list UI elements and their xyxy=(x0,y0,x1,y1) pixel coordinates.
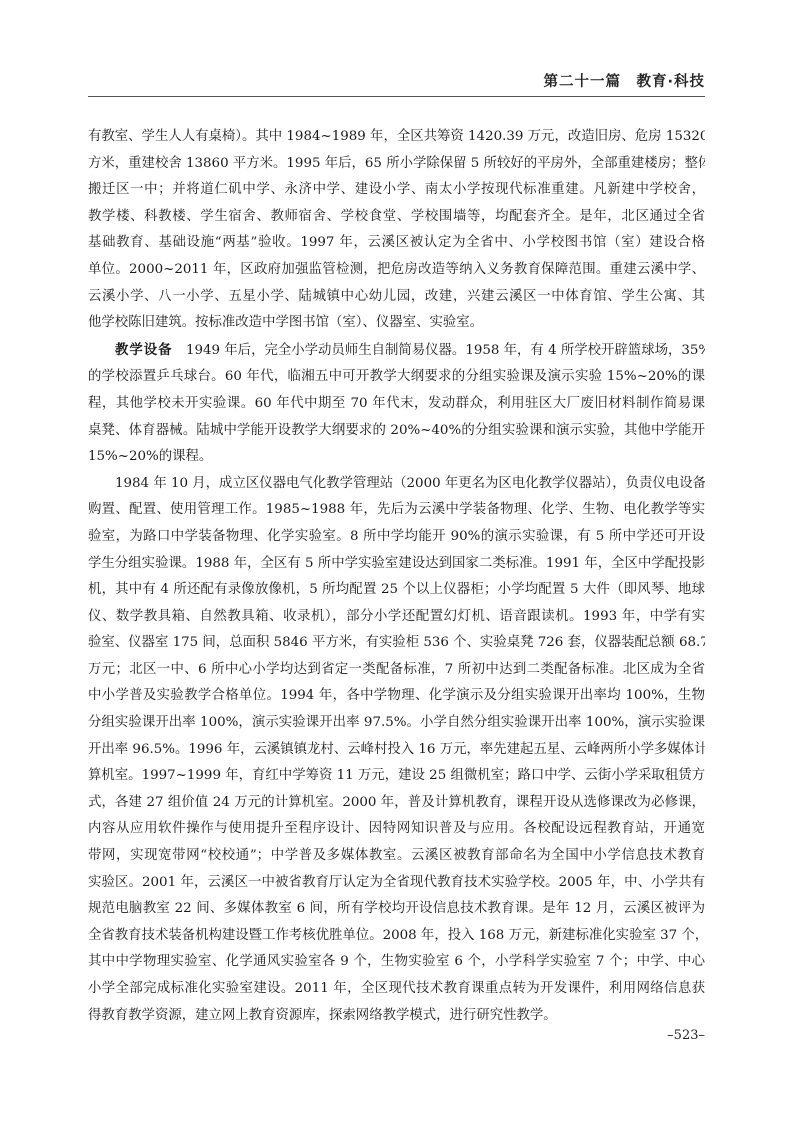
text-line: 规范电脑教室 22 间、多媒体教室 6 间，所有学校均开设信息技术教育课。是年 … xyxy=(88,896,705,923)
page-number: –523– xyxy=(667,1028,705,1043)
paragraph-facilities: 有教室、学生人人有桌椅）。其中 1984~1989 年，全区共筹资 1420.3… xyxy=(88,124,705,337)
text-line: 带网，实现宽带网“校校通”；中学普及多媒体教室。云溪区被教育部命名为全国中小学信… xyxy=(88,843,705,870)
text-line: 万元；北区一中、6 所中心小学均达到省定一类配备标准，7 所初中达到二类配备标准… xyxy=(88,657,705,684)
body-text: 有教室、学生人人有桌椅）。其中 1984~1989 年，全区共筹资 1420.3… xyxy=(88,124,705,1029)
text-line: 式，各建 27 组价值 24 万元的计算机室。2000 年，普及计算机教育，课程… xyxy=(88,790,705,817)
text-line: 得教育教学资源，建立网上教育资源库，探索网络教学模式，进行研究性教学。 xyxy=(88,1003,705,1030)
text-line: 购置、配置、使用管理工作。1985~1988 年，先后为云溪中学装备物理、化学、… xyxy=(88,497,705,524)
text-line: 小学全部完成标准化实验室建设。2011 年，全区现代技术教育课重点转为开发课件，… xyxy=(88,976,705,1003)
text-line: 有教室、学生人人有桌椅）。其中 1984~1989 年，全区共筹资 1420.3… xyxy=(88,124,705,151)
text-line: 实验区。2001 年，云溪区一中被省教育厅认定为全省现代教育技术实验学校。200… xyxy=(88,870,705,897)
text-line: 中小学普及实验教学合格单位。1994 年，各中学物理、化学演示及分组实验课开出率… xyxy=(88,683,705,710)
paragraph-electrification: 1984 年 10 月，成立区仪器电气化教学管理站（2000 年更名为区电化教学… xyxy=(88,471,705,1029)
text-line: 程，其他学校未开实验课。60 年代中期至 70 年代末，发动群众，利用驻区大厂废… xyxy=(88,391,705,418)
text-line: 仪、数学教具箱、自然教具箱、收录机），部分小学还配置幻灯机、语音跟读机。1993… xyxy=(88,604,705,631)
text-line: 内容从应用软件操作与使用提升至程序设计、因特网知识普及与应用。各校配设远程教育站… xyxy=(88,816,705,843)
text-line: 单位。2000~2011 年，区政府加强监管检测，把危房改造等纳入义务教育保障范… xyxy=(88,257,705,284)
text-line: 验室、仪器室 175 间，总面积 5846 平方米，有实验柜 536 个、实验桌… xyxy=(88,630,705,657)
text-line: 验室，为路口中学装备物理、化学实验室。8 所中学均能开 90%的演示实验课，有 … xyxy=(88,524,705,551)
text-span: 1949 年后，完全小学动员师生自制简易仪器。1958 年，有 4 所学校开辟篮… xyxy=(173,343,705,358)
text-line: 15%~20%的课程。 xyxy=(88,444,705,471)
text-line: 的学校添置乒乓球台。60 年代，临湘五中可开教学大纲要求的分组实验课及演示实验 … xyxy=(88,364,705,391)
text-line: 全省教育技术装备机构建设暨工作考核优胜单位。2008 年，投入 168 万元，新… xyxy=(88,923,705,950)
text-line: 开出率 96.5%。1996 年，云溪镇镇龙村、云峰村投入 16 万元，率先建起… xyxy=(88,737,705,764)
text-line: 1984 年 10 月，成立区仪器电气化教学管理站（2000 年更名为区电化教学… xyxy=(88,471,705,498)
paragraph-teaching-equipment: 教学设备 1949 年后，完全小学动员师生自制简易仪器。1958 年，有 4 所… xyxy=(88,337,705,471)
section-lead-heading: 教学设备 xyxy=(115,342,173,358)
text-line: 方米，重建校舍 13860 平方米。1995 年后，65 所小学除保留 5 所较… xyxy=(88,151,705,178)
text-line: 学生分组实验课。1988 年，全区有 5 所中学实验室建设达到国家二类标准。19… xyxy=(88,551,705,578)
text-line: 云溪小学、八一小学、五星小学、陆城镇中心幼儿园，改建，兴建云溪区一中体育馆、学生… xyxy=(88,284,705,311)
running-header: 第二十一篇 教育·科技 xyxy=(88,66,705,97)
text-line: 教学设备 1949 年后，完全小学动员师生自制简易仪器。1958 年，有 4 所… xyxy=(88,337,705,365)
text-line: 基础教育、基础设施“两基”验收。1997 年，云溪区被认定为全省中、小学校图书馆… xyxy=(88,230,705,257)
text-line: 机，其中有 4 所还配有录像放像机，5 所均配置 25 个以上仪器柜；小学均配置… xyxy=(88,577,705,604)
text-line: 桌凳、体育器械。陆城中学能开设教学大纲要求的 20%~40%的分组实验课和演示实… xyxy=(88,418,705,445)
text-line: 分组实验课开出率 100%，演示实验课开出率 97.5%。小学自然分组实验课开出… xyxy=(88,710,705,737)
text-line: 他学校陈旧建筑。按标准改造中学图书馆（室）、仪器室、实验室。 xyxy=(88,310,705,337)
text-line: 其中中学物理实验室、化学通风实验室各 9 个，生物实验室 6 个，小学科学实验室… xyxy=(88,949,705,976)
chapter-title: 第二十一篇 教育·科技 xyxy=(543,70,705,91)
text-line: 搬迁区一中；并将道仁矶中学、永济中学、建设小学、南太小学按现代标准重建。凡新建中… xyxy=(88,177,705,204)
text-line: 算机室。1997~1999 年，育红中学筹资 11 万元，建设 25 组微机室；… xyxy=(88,763,705,790)
text-line: 教学楼、科教楼、学生宿舍、教师宿舍、学校食堂、学校围墙等，均配套齐全。是年，北区… xyxy=(88,204,705,231)
